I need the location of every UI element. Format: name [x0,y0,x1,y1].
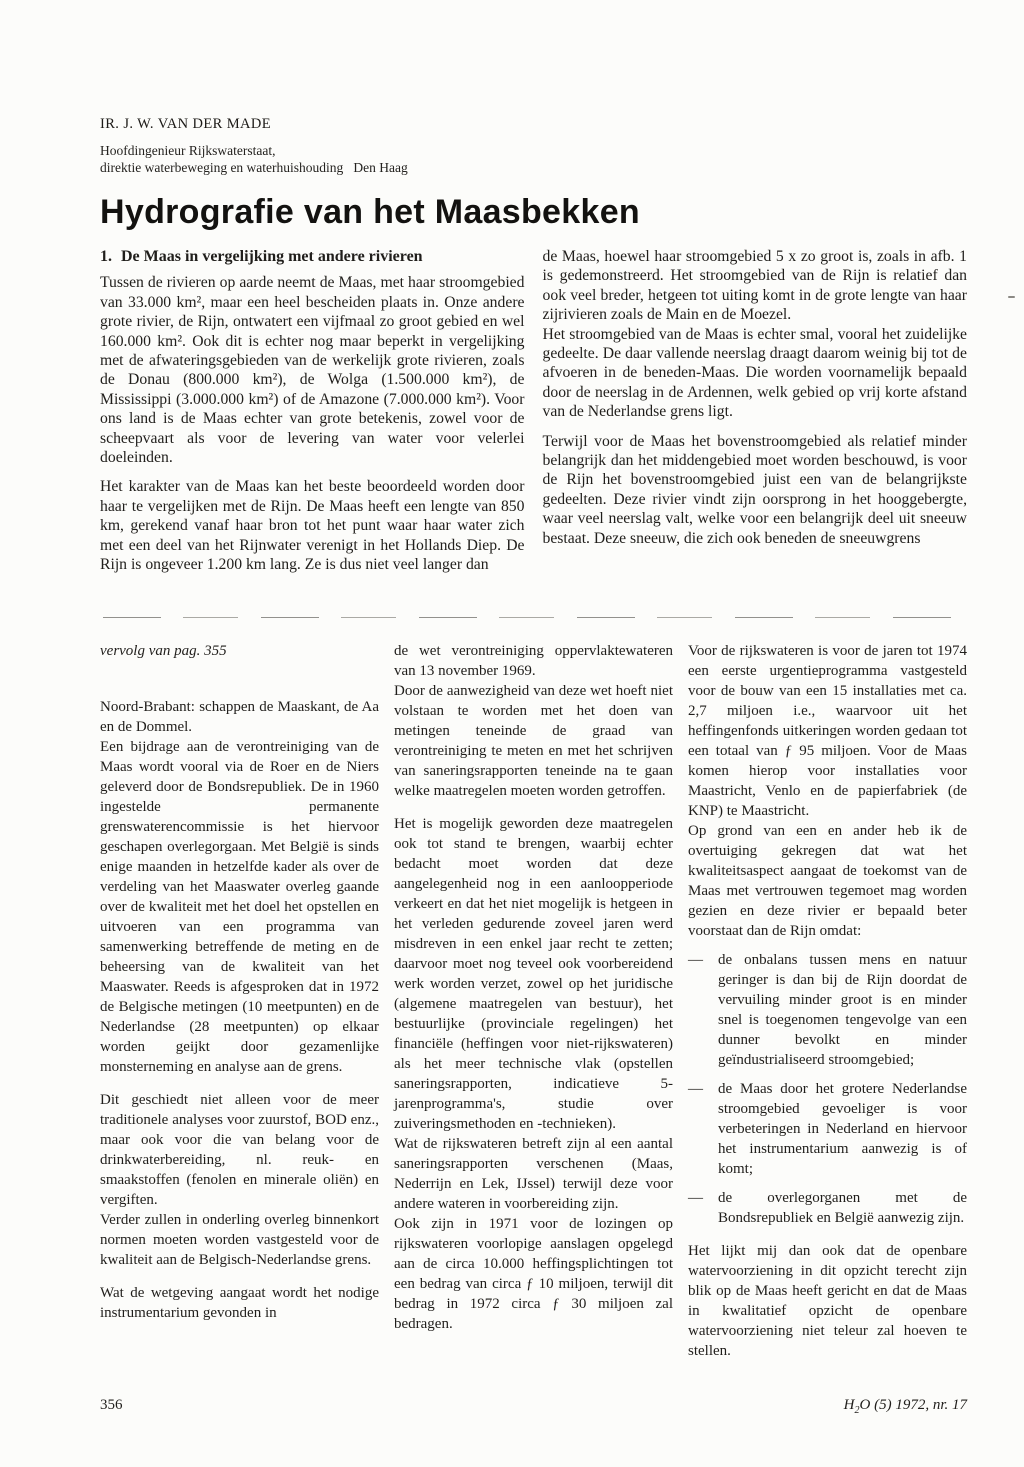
paragraph: Wat de wetgeving aangaat wordt het nodig… [100,1283,379,1323]
paragraph: Een bijdrage aan de verontreiniging van … [100,737,379,1077]
journal-reference-rest: O (5) 1972, nr. 17 [860,1397,968,1413]
paragraph: de Maas, hoewel haar stroomgebied 5 x zo… [543,247,968,325]
list-item: — de Maas door het grotere Nederlandse s… [688,1079,967,1179]
list-item: — de overlegorganen met de Bondsrepublie… [688,1188,967,1228]
list-item-text: de Maas door het grotere Nederlandse str… [718,1079,967,1179]
continued-from-marker: vervolg van pag. 355 [100,641,379,661]
paragraph: Het lijkt mij dan ook dat de openbare wa… [688,1241,967,1361]
author-name: IR. J. W. VAN DER MADE [100,116,968,133]
continuation-column-2: de wet verontreiniging oppervlaktewatere… [394,641,673,1361]
paragraph: Door de aanwezigheid van deze wet hoeft … [394,681,673,801]
section-1-heading: 1.De Maas in vergelijking met andere riv… [100,247,525,266]
section-number: 1. [100,248,112,265]
list-item: — de onbalans tussen mens en natuur geri… [688,950,967,1070]
paragraph: Het is mogelijk geworden deze maatregele… [394,814,673,1134]
bullet-dash: — [688,1188,718,1228]
article-header: IR. J. W. VAN DER MADE Hoofdingenieur Ri… [100,116,968,232]
paragraph: Het karakter van de Maas kan het beste b… [100,477,525,574]
paragraph: Tussen de rivieren op aarde neemt de Maa… [100,273,525,467]
paragraph: Verder zullen in onderling overleg binne… [100,1210,379,1270]
paragraph: Op grond van een en ander heb ik de over… [688,821,967,941]
paragraph: Voor de rijkswateren is voor de jaren to… [688,641,967,821]
section-heading-text: De Maas in vergelijking met andere rivie… [121,248,423,265]
affiliation-line-1: Hoofdingenieur Rijkswaterstaat, [100,142,968,159]
scan-artifact-mark [1008,296,1015,298]
section-1: 1.De Maas in vergelijking met andere riv… [100,247,967,575]
paragraph: Noord-Brabant: schappen de Maaskant, de … [100,697,379,737]
document-page: IR. J. W. VAN DER MADE Hoofdingenieur Ri… [0,0,1024,1467]
list-item-text: de overlegorganen met de Bondsrepubliek … [718,1188,967,1228]
affiliation-line-2: direktie waterbeweging en waterhuishoudi… [100,159,968,176]
journal-reference: H2O (5) 1972, nr. 17 [844,1397,967,1416]
continuation-column-1: vervolg van pag. 355 Noord-Brabant: scha… [100,641,379,1361]
page-number: 356 [100,1397,123,1414]
author-affiliation: Hoofdingenieur Rijkswaterstaat, direktie… [100,142,968,176]
article-title: Hydrografie van het Maasbekken [100,193,968,232]
page-footer: 356 H2O (5) 1972, nr. 17 [100,1397,967,1416]
continued-article-section: vervolg van pag. 355 Noord-Brabant: scha… [100,641,967,1361]
bullet-dash: — [688,1079,718,1179]
paragraph: Het stroomgebied van de Maas is echter s… [543,325,968,422]
paragraph: Terwijl voor de Maas het bovenstroomgebi… [543,432,968,548]
section-divider [103,617,965,618]
paragraph: Ook zijn in 1971 voor de lozingen op rij… [394,1214,673,1334]
bullet-dash: — [688,950,718,1070]
list-item-text: de onbalans tussen mens en natuur gering… [718,950,967,1070]
paragraph: Dit geschiedt niet alleen voor de meer t… [100,1090,379,1210]
section-1-right-column: de Maas, hoewel haar stroomgebied 5 x zo… [543,247,968,575]
paragraph: Wat de rijkswateren betreft zijn al een … [394,1134,673,1214]
journal-reference-prefix: H [844,1397,855,1413]
section-1-left-column: 1.De Maas in vergelijking met andere riv… [100,247,525,575]
continuation-column-3: Voor de rijkswateren is voor de jaren to… [688,641,967,1361]
paragraph: de wet verontreiniging oppervlaktewatere… [394,641,673,681]
